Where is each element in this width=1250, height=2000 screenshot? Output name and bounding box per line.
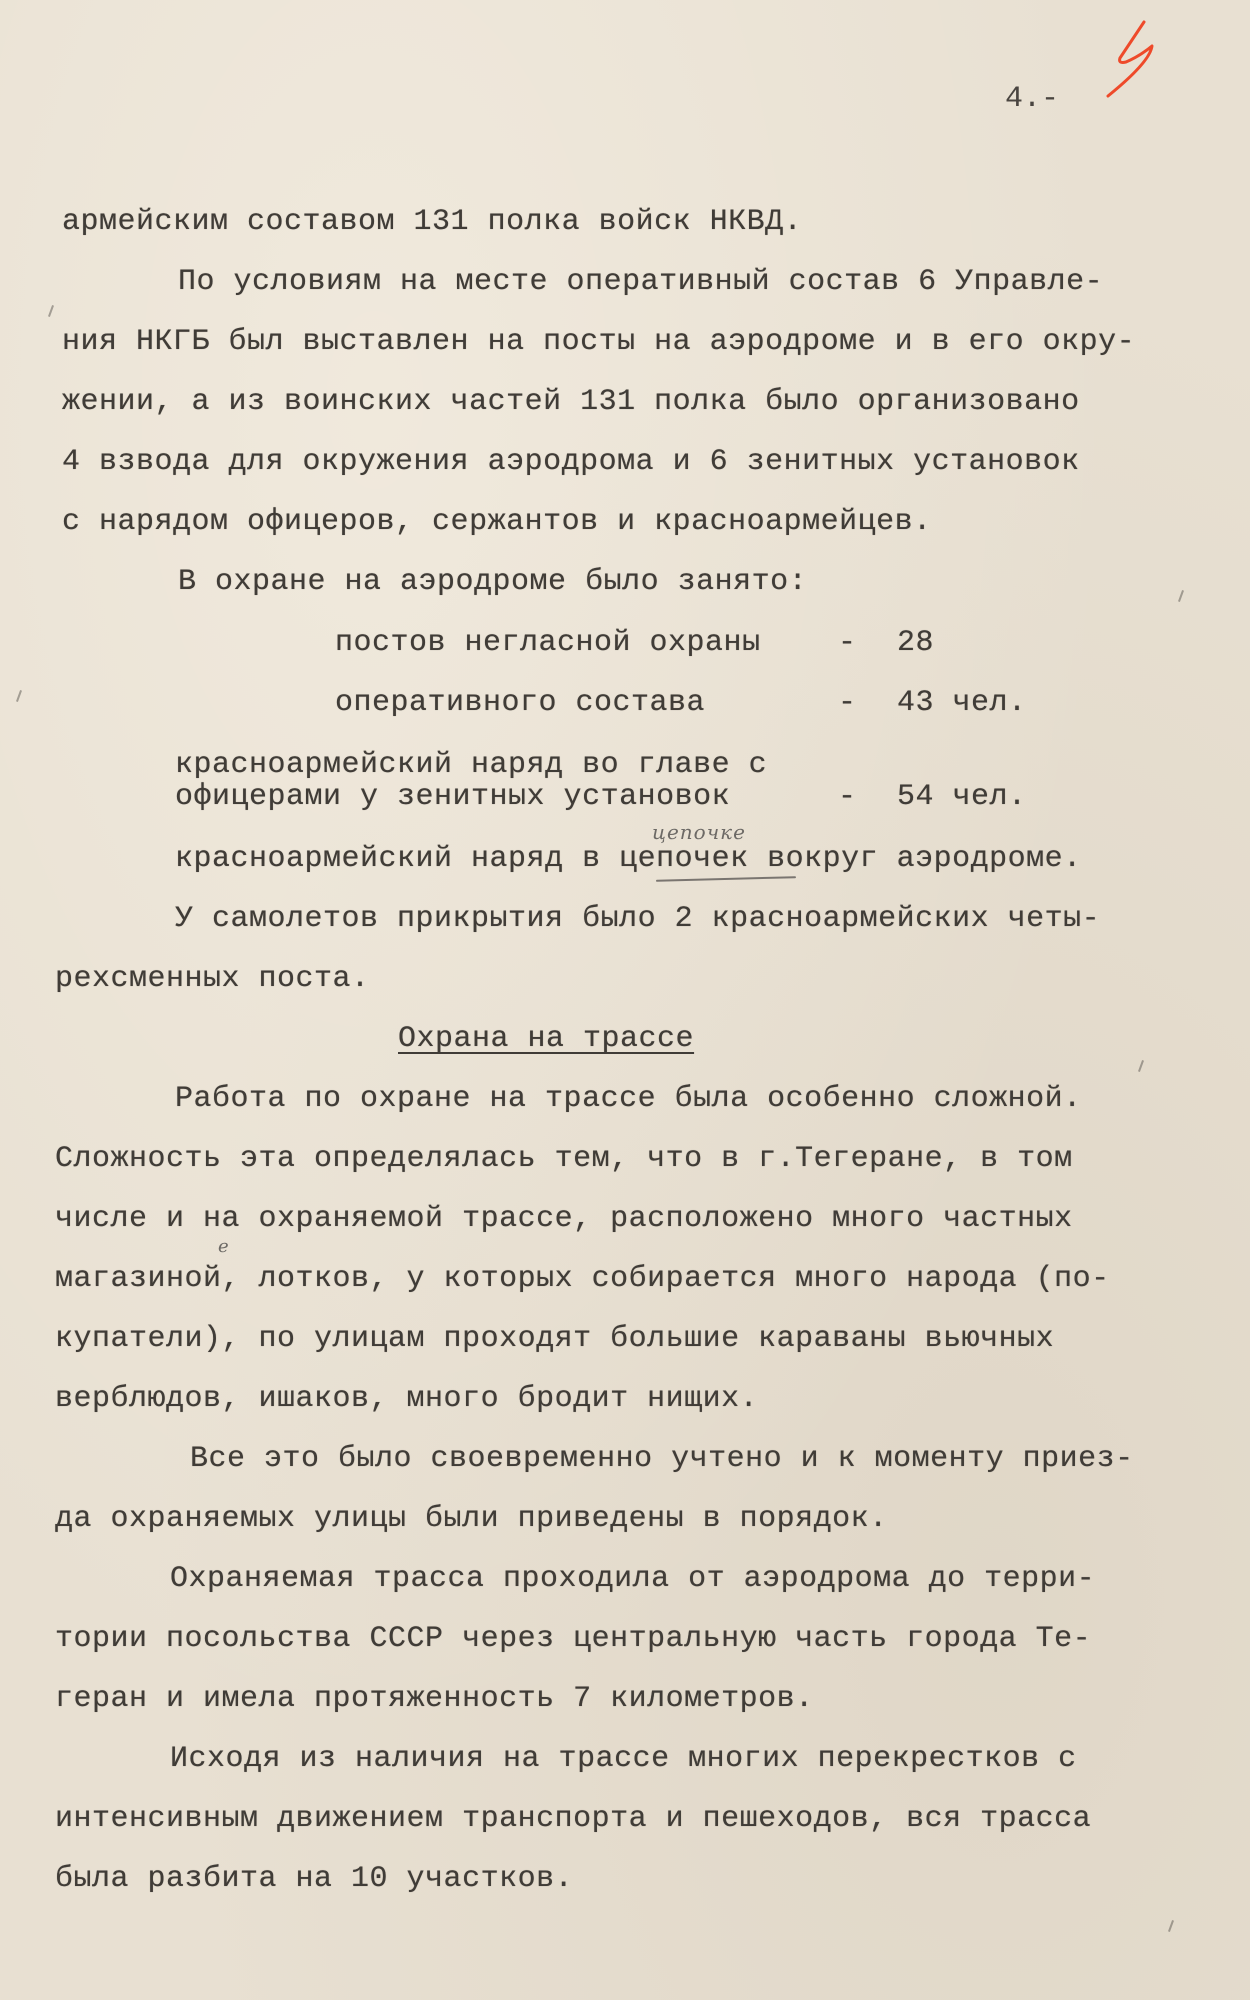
staffing-dash: - bbox=[838, 686, 857, 720]
chain-after: вокруг аэродроме. bbox=[749, 842, 1082, 876]
chain-before: красноармейский наряд в bbox=[175, 842, 619, 876]
text-line: У самолетов прикрытия было 2 красноармей… bbox=[175, 902, 1100, 936]
text-line: Охраняемая трасса проходила от аэродрома… bbox=[170, 1562, 1095, 1596]
staffing-label: постов негласной охраны bbox=[335, 626, 761, 660]
text-line: верблюдов, ишаков, много бродит нищих. bbox=[55, 1382, 758, 1416]
staffing-dash: - bbox=[838, 626, 857, 660]
staffing-value: 43 чел. bbox=[897, 686, 1027, 720]
staffing-label: оперативного состава bbox=[335, 686, 705, 720]
staffing-value: 54 чел. bbox=[897, 780, 1027, 814]
text-line: с нарядом офицеров, сержантов и красноар… bbox=[62, 505, 932, 539]
text-line: тории посольства СССР через центральную … bbox=[55, 1622, 1091, 1656]
typed-page-number: 4.- bbox=[1005, 82, 1059, 116]
text-line: Работа по охране на трассе была особенно… bbox=[175, 1082, 1082, 1116]
pencil-correction: цепочке bbox=[652, 820, 746, 844]
handwritten-page-number-icon bbox=[1100, 18, 1160, 98]
pencil-correction: е bbox=[218, 1236, 230, 1257]
text-line: ния НКГБ был выставлен на посты на аэрод… bbox=[62, 325, 1135, 359]
text-line: По условиям на месте оперативный состав … bbox=[178, 265, 1103, 299]
text-line: была разбита на 10 участков. bbox=[55, 1862, 573, 1896]
text-line-chain: красноармейский наряд в цепочек вокруг а… bbox=[175, 842, 1082, 876]
text-line: интенсивным движением транспорта и пешех… bbox=[55, 1802, 1091, 1836]
text-line: В охране на аэродроме было занято: bbox=[178, 565, 807, 599]
text-line: жении, а из воинских частей 131 полка бы… bbox=[62, 385, 1080, 419]
text-line: Исходя из наличия на трассе многих перек… bbox=[170, 1742, 1077, 1776]
staffing-label: офицерами у зенитных установок bbox=[175, 780, 730, 814]
text-line: Сложность эта определялась тем, что в г.… bbox=[55, 1142, 1073, 1176]
section-heading: Охрана на трассе bbox=[398, 1022, 694, 1056]
staffing-value: 28 bbox=[897, 626, 934, 660]
text-line: да охраняемых улицы были приведены в пор… bbox=[55, 1502, 888, 1536]
chain-underlined-word: цепочек bbox=[619, 842, 749, 876]
text-line: рехсменных поста. bbox=[55, 962, 370, 996]
text-line: армейским составом 131 полка войск НКВД. bbox=[62, 205, 802, 239]
text-line: Все это было своевременно учтено и к мом… bbox=[190, 1442, 1134, 1476]
text-line: купатели), по улицам проходят большие ка… bbox=[55, 1322, 1054, 1356]
text-line: числе и на охраняемой трассе, расположен… bbox=[55, 1202, 1073, 1236]
text-line: геран и имела протяженность 7 километров… bbox=[55, 1682, 814, 1716]
staffing-dash: - bbox=[838, 780, 857, 814]
staffing-label-line1: красноармейский наряд во главе с bbox=[175, 748, 767, 782]
text-line: магазиной, лотков, у которых собирается … bbox=[55, 1262, 1110, 1296]
text-line: 4 взвода для окружения аэродрома и 6 зен… bbox=[62, 445, 1080, 479]
